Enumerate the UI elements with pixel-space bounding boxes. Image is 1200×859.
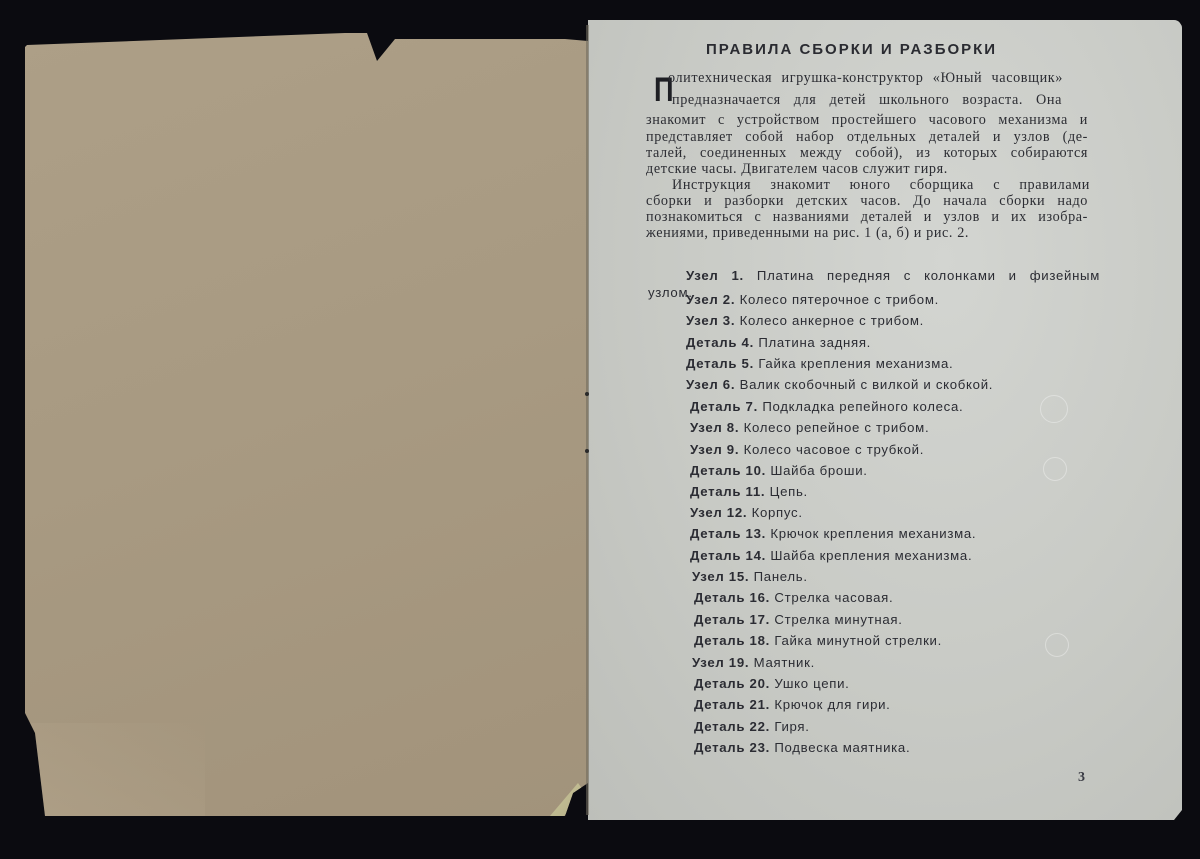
part-label: Узел 2.	[686, 292, 740, 307]
part-label: Деталь 18.	[694, 633, 774, 648]
page-title: ПРАВИЛА СБОРКИ И РАЗБОРКИ	[706, 41, 997, 58]
part-item: Узел 1. Платина передняя с колонками и ф…	[686, 268, 1100, 283]
part-name: Валик скобочный с вилкой и скобкой.	[740, 377, 994, 392]
part-item: Деталь 7. Подкладка репейного колеса.	[690, 399, 963, 414]
part-label: Деталь 22.	[694, 719, 774, 734]
part-name: Платина задняя.	[758, 335, 871, 350]
part-item: Деталь 5. Гайка крепления механизма.	[686, 356, 953, 371]
part-item: Узел 19. Маятник.	[692, 655, 815, 670]
paragraph-line: предназначается для детей школьного возр…	[672, 92, 1062, 109]
part-name: Ушко цепи.	[774, 676, 849, 691]
emboss-mark	[1040, 395, 1068, 423]
paragraph-line: знакомит с устройством простейшего часов…	[646, 112, 1088, 129]
paragraph-line: талей, соединенных между собой), из кото…	[646, 145, 1088, 162]
book-gutter	[586, 25, 589, 815]
part-label: Деталь 17.	[694, 612, 774, 627]
part-label: Узел 19.	[692, 655, 754, 670]
part-label: Деталь 16.	[694, 590, 774, 605]
part-item: Узел 2. Колесо пятерочное с трибом.	[686, 292, 939, 307]
part-item: Деталь 14. Шайба крепления механизма.	[690, 548, 972, 563]
part-item: Узел 9. Колесо часовое с трубкой.	[690, 442, 924, 457]
staple-stitch	[585, 449, 589, 453]
torn-corner	[550, 783, 585, 816]
part-label: Узел 12.	[690, 505, 752, 520]
part-label: Деталь 21.	[694, 697, 774, 712]
part-label: Деталь 14.	[690, 548, 770, 563]
part-item: Узел 3. Колесо анкерное с трибом.	[686, 313, 924, 328]
emboss-mark	[1045, 633, 1069, 657]
paragraph-line: детские часы. Двигателем часов служит ги…	[646, 161, 948, 178]
part-label: Деталь 23.	[694, 740, 774, 755]
staple-stitch	[585, 392, 589, 396]
part-item: Узел 15. Панель.	[692, 569, 808, 584]
paragraph-line: жениями, приведенными на рис. 1 (а, б) и…	[646, 225, 969, 242]
part-label: Узел 9.	[690, 442, 744, 457]
part-name: Шайба броши.	[770, 463, 867, 478]
part-label: Узел 15.	[692, 569, 754, 584]
part-name: Гайка крепления механизма.	[758, 356, 953, 371]
part-name: Крючок крепления механизма.	[770, 526, 976, 541]
part-item: Деталь 18. Гайка минутной стрелки.	[694, 633, 942, 648]
part-name: Панель.	[754, 569, 808, 584]
emboss-mark	[1043, 457, 1067, 481]
part-name: Гиря.	[774, 719, 809, 734]
part-name: Подкладка репейного колеса.	[762, 399, 963, 414]
part-item: Деталь 20. Ушко цепи.	[694, 676, 850, 691]
paragraph-line: познакомиться с названиями деталей и узл…	[646, 209, 1088, 226]
paragraph-line: сборки и разборки детских часов. До нача…	[646, 193, 1088, 210]
part-name: Гайка минутной стрелки.	[774, 633, 942, 648]
part-name: Крючок для гири.	[774, 697, 890, 712]
part-name: Маятник.	[754, 655, 815, 670]
part-item: Деталь 16. Стрелка часовая.	[694, 590, 893, 605]
drop-cap: П	[654, 75, 665, 105]
part-label: Узел 1.	[686, 268, 757, 283]
part-label: Узел 8.	[690, 420, 744, 435]
part-name: Подвеска маятника.	[774, 740, 910, 755]
part-label: Деталь 5.	[686, 356, 758, 371]
part-item: Узел 6. Валик скобочный с вилкой и скобк…	[686, 377, 993, 392]
part-item: Деталь 23. Подвеска маятника.	[694, 740, 910, 755]
part-name: Цепь.	[770, 484, 808, 499]
paragraph-line: представляет собой набор отдельных детал…	[646, 129, 1088, 146]
part-label: Деталь 7.	[690, 399, 762, 414]
part-item: Деталь 17. Стрелка минутная.	[694, 612, 903, 627]
page-number: 3	[1078, 770, 1085, 786]
part-name: Колесо часовое с трубкой.	[744, 442, 925, 457]
part-item: Деталь 4. Платина задняя.	[686, 335, 871, 350]
part-label: Деталь 10.	[690, 463, 770, 478]
left-page-back-cover	[25, 33, 588, 816]
part-item: Узел 8. Колесо репейное с трибом.	[690, 420, 929, 435]
part-item: Деталь 10. Шайба броши.	[690, 463, 868, 478]
paragraph-line: Инструкция знакомит юного сборщика с пра…	[672, 177, 1090, 194]
part-item: Деталь 21. Крючок для гири.	[694, 697, 891, 712]
part-name: Шайба крепления механизма.	[770, 548, 972, 563]
page-crease	[25, 723, 205, 818]
part-name: Колесо анкерное с трибом.	[740, 313, 924, 328]
part-item: Деталь 22. Гиря.	[694, 719, 810, 734]
part-name: Платина передняя с колонками и физейным	[757, 268, 1100, 283]
part-item: Деталь 13. Крючок крепления механизма.	[690, 526, 976, 541]
part-label: Узел 3.	[686, 313, 740, 328]
part-item: Узел 12. Корпус.	[690, 505, 803, 520]
part-name: Колесо пятерочное с трибом.	[740, 292, 939, 307]
part-name: Стрелка минутная.	[774, 612, 902, 627]
part-label: Деталь 13.	[690, 526, 770, 541]
part-label: Деталь 4.	[686, 335, 758, 350]
part-name: Стрелка часовая.	[774, 590, 893, 605]
part-label: Деталь 11.	[690, 484, 770, 499]
part-item: Деталь 11. Цепь.	[690, 484, 808, 499]
part-label: Узел 6.	[686, 377, 740, 392]
paragraph-line: олитехническая игрушка-конструктор «Юный…	[668, 70, 1063, 87]
part-name: Колесо репейное с трибом.	[744, 420, 930, 435]
part-name: Корпус.	[752, 505, 803, 520]
part-label: Деталь 20.	[694, 676, 774, 691]
